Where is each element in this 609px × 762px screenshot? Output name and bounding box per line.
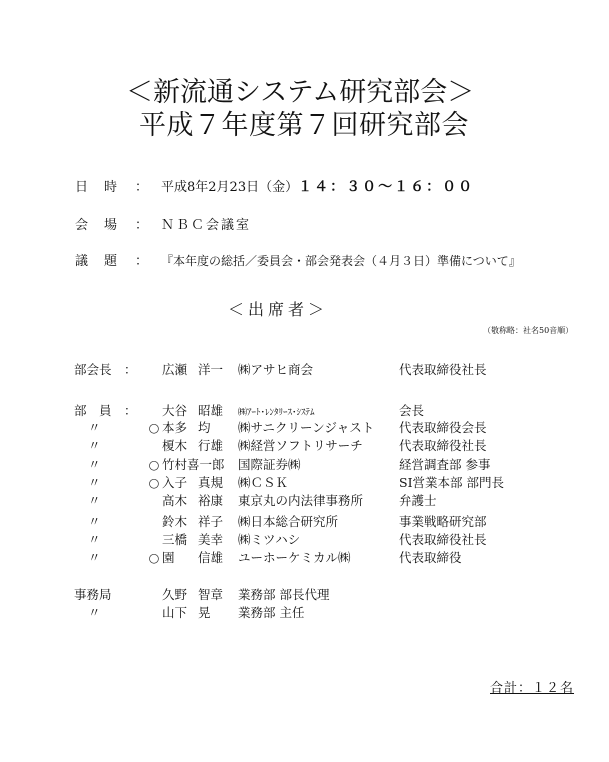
last-name: 園: [162, 548, 198, 566]
secretariat-row: 事務局久野智章業務部 部長代理: [74, 585, 329, 603]
role: 〃: [74, 418, 124, 436]
attendee-row: 〃三橋美幸㈱ミツハシ代表取締役社長: [74, 530, 487, 548]
role: 〃: [74, 473, 124, 491]
organization: ㈱日本総合研究所: [238, 512, 399, 530]
role: 〃: [74, 512, 124, 530]
last-name: 高木: [162, 491, 198, 509]
attendee-row: 〃高木裕康東京丸の内法律事務所弁護士: [74, 491, 437, 509]
meta-datetime: 日時：平成8年2月23日（金）１４：３０〜１６：００: [75, 176, 474, 196]
first-name: 晃: [198, 603, 238, 621]
attendee-row: 〃鈴木祥子㈱日本総合研究所事業戦略研究部: [74, 512, 487, 530]
meta-value: 『本年度の総括／委員会・部会発表会（４月３日）準備について』: [161, 252, 521, 269]
role: 〃: [74, 603, 162, 621]
position: 代表取締役社長: [399, 436, 487, 454]
meta-label: 会場: [75, 214, 135, 233]
organization: 東京丸の内法律事務所: [238, 491, 399, 509]
position: 事業戦略研究部: [399, 512, 487, 530]
meta-colon: ：: [135, 176, 161, 195]
organization: ㈱アサヒ商会: [238, 360, 399, 378]
attendee-row: 〃○本多均㈱サニクリーンジャスト代表取締役会長: [74, 418, 487, 436]
role: 〃: [74, 455, 124, 473]
position: 代表取締役社長: [399, 530, 487, 548]
last-name: 山下: [162, 603, 198, 621]
document-subtitle: 平成７年度第７回研究部会: [139, 103, 469, 142]
last-name: 本多: [162, 418, 198, 436]
meta-label: 日時: [75, 176, 135, 195]
last-name: 榎木: [162, 436, 198, 454]
last-name: 久野: [162, 585, 198, 603]
circle-mark-icon: ○: [146, 550, 162, 565]
last-name: 大谷: [162, 401, 198, 419]
attendee-row: 〃○竹村喜一郎国際証券㈱経営調査部 参事: [74, 455, 490, 473]
position: 代表取締役会長: [399, 418, 487, 436]
role: 〃: [74, 436, 124, 454]
meta-label: 議題: [75, 250, 135, 269]
meta-venue: 会場：ＮＢＣ会議室: [75, 214, 251, 233]
organization: ㈱ミツハシ: [238, 530, 399, 548]
meta-colon: ：: [135, 214, 161, 233]
meta-value: 平成8年2月23日（金）: [161, 176, 298, 195]
role: 部 員: [74, 401, 124, 419]
department: 業務部 部長代理: [238, 585, 329, 603]
first-name: 裕康: [198, 491, 238, 509]
role: 〃: [74, 530, 124, 548]
organization: ㈱サニクリーンジャスト: [238, 418, 399, 436]
attendees-heading: ＜出席者＞: [228, 297, 328, 320]
first-name: 均: [198, 418, 238, 436]
position: 経営調査部 参事: [399, 455, 490, 473]
organization: 国際証券㈱: [238, 455, 399, 473]
colon: ：: [124, 401, 146, 419]
full-name: 竹村喜一郎: [162, 455, 238, 473]
circle-mark-icon: ○: [146, 420, 162, 435]
meta-time: １４：３０〜１６：００: [298, 176, 474, 196]
attendee-row-chair: 部会長：広瀬洋一㈱アサヒ商会代表取締役社長: [74, 360, 487, 378]
first-name: 美幸: [198, 530, 238, 548]
organization: ㈱経営ソフトリサーチ: [238, 436, 399, 454]
first-name: 洋一: [198, 360, 238, 378]
attendee-row: 〃○入子真規㈱ＣＳＫSI営業本部 部門長: [74, 473, 504, 491]
secretariat-row: 〃山下晃業務部 主任: [74, 603, 304, 621]
role: 部会長: [74, 360, 124, 378]
organization: ユーホーケミカル㈱: [238, 548, 399, 566]
last-name: 鈴木: [162, 512, 198, 530]
first-name: 祥子: [198, 512, 238, 530]
first-name: 智章: [198, 585, 238, 603]
last-name: 広瀬: [162, 360, 198, 378]
first-name: 信雄: [198, 548, 238, 566]
total-count: 合計：１２名: [490, 677, 574, 696]
first-name: 真規: [198, 473, 238, 491]
colon: ：: [124, 360, 146, 378]
last-name: 入子: [162, 473, 198, 491]
role: 〃: [74, 548, 124, 566]
meta-agenda: 議題：『本年度の総括／委員会・部会発表会（４月３日）準備について』: [75, 250, 521, 269]
position: 会長: [399, 401, 424, 419]
organization: ㈱ＣＳＫ: [238, 473, 399, 491]
attendees-note: （敬称略：社名50音順）: [483, 325, 573, 336]
role: 〃: [74, 491, 124, 509]
meta-colon: ：: [135, 250, 161, 269]
department: 業務部 主任: [238, 603, 304, 621]
position: 弁護士: [399, 491, 437, 509]
first-name: 行雄: [198, 436, 238, 454]
meta-value: ＮＢＣ会議室: [161, 214, 251, 233]
last-name: 三橋: [162, 530, 198, 548]
organization: ㈱ｱｰﾄ･ﾚﾝﾀﾘｰｽ･ｼｽﾃﾑ: [238, 405, 399, 418]
position: SI営業本部 部門長: [399, 473, 504, 491]
position: 代表取締役社長: [399, 360, 487, 378]
attendee-row: 〃榎木行雄㈱経営ソフトリサーチ代表取締役社長: [74, 436, 487, 454]
attendee-row: 部 員：大谷昭雄㈱ｱｰﾄ･ﾚﾝﾀﾘｰｽ･ｼｽﾃﾑ会長: [74, 401, 424, 419]
circle-mark-icon: ○: [146, 475, 162, 490]
attendee-row: 〃○園信雄ユーホーケミカル㈱代表取締役: [74, 548, 462, 566]
role: 事務局: [74, 585, 162, 603]
circle-mark-icon: ○: [146, 457, 162, 472]
first-name: 昭雄: [198, 401, 238, 419]
position: 代表取締役: [399, 548, 462, 566]
